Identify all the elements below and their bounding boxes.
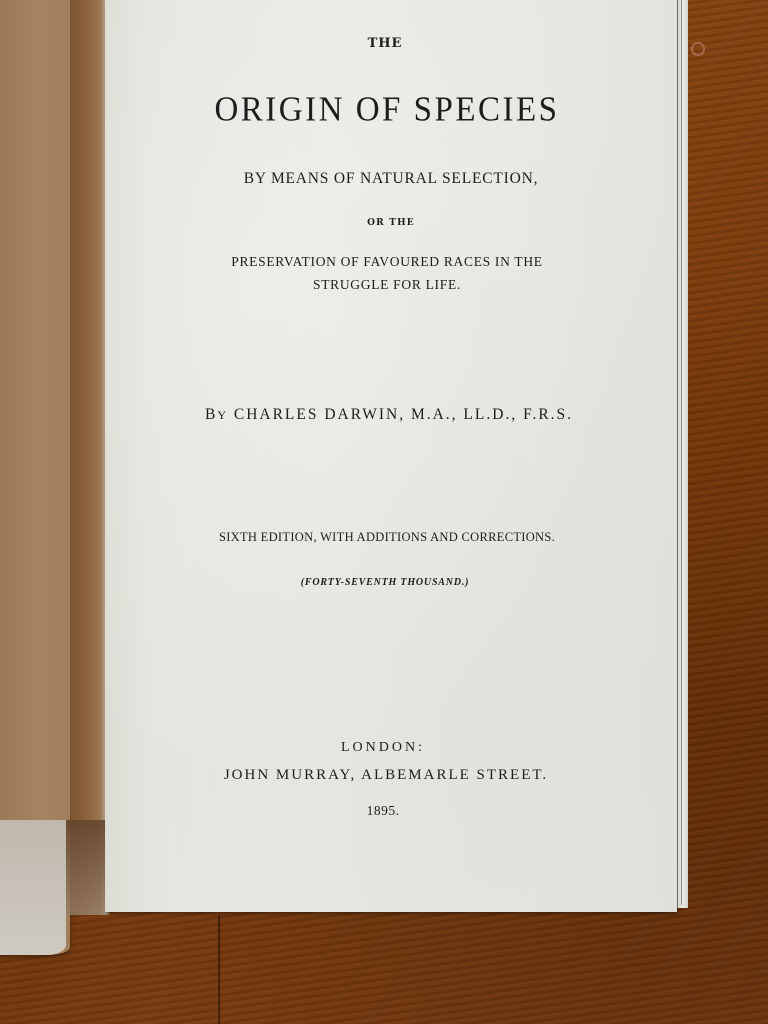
subtitle-line-2: PRESERVATION OF FAVOURED RACES IN THE — [101, 254, 673, 270]
table-seam — [218, 915, 220, 1024]
subtitle-line-3: STRUGGLE FOR LIFE. — [101, 277, 673, 293]
book-title: ORIGIN OF SPECIES — [101, 91, 673, 130]
author-prefix-small: Y — [217, 408, 228, 422]
publication-city: LONDON: — [97, 740, 669, 756]
page-block-edge — [677, 0, 688, 908]
publisher: JOHN MURRAY, ALBEMARLE STREET. — [100, 767, 672, 784]
edition-line: SIXTH EDITION, WITH ADDITIONS AND CORREC… — [101, 530, 673, 545]
page-edge-line — [681, 0, 682, 905]
author-name: CHARLES DARWIN, M.A., LL.D., F.R.S. — [234, 406, 573, 423]
subtitle-line-1: BY MEANS OF NATURAL SELECTION, — [105, 170, 677, 188]
author-prefix: B — [205, 406, 217, 423]
subtitle-connector: OR THE — [105, 218, 677, 228]
gutter-shadow — [66, 820, 110, 915]
table-spot — [691, 42, 705, 56]
book-cover-lower-edge — [0, 820, 66, 955]
title-page-text: THE ORIGIN OF SPECIES BY MEANS OF NATURA… — [105, 0, 677, 912]
publication-year: 1895. — [97, 803, 669, 819]
book-cover-left — [0, 0, 70, 955]
author-line: BY CHARLES DARWIN, M.A., LL.D., F.R.S. — [103, 406, 675, 424]
printing-line: (FORTY-SEVENTH THOUSAND.) — [99, 577, 671, 588]
title-article: THE — [99, 36, 671, 51]
